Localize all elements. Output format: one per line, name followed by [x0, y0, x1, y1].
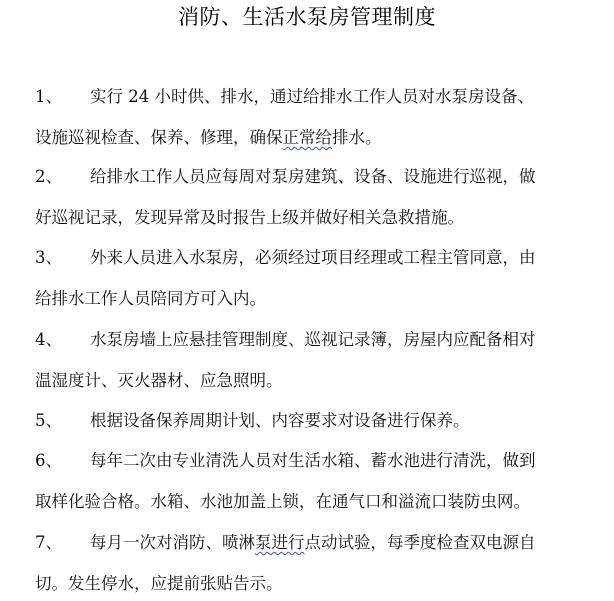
item-1-text-cont: 设施巡视检查、保养、修理，确保 [35, 128, 283, 147]
item-7-text-end: 点动试验，每季度检查双电源自 [305, 533, 536, 552]
item-1-number: 1、 [35, 86, 90, 108]
item-3-line-1: 3、外来人员进入水泵房，必须经过项目经理或工程主管同意，由 [35, 247, 536, 269]
item-2-line-1: 2、给排水工作人员应每周对泵房建筑、设备、设施进行巡视，做 [35, 166, 536, 188]
document-title: 消防、生活水泵房管理制度 [0, 2, 614, 32]
item-3-text: 外来人员进入水泵房，必须经过项目经理或工程主管同意，由 [90, 248, 536, 267]
item-4-number: 4、 [35, 329, 90, 351]
item-1-line-1: 1、实行 24 小时供、排水，通过给排水工作人员对水泵房设备、 [35, 86, 534, 108]
item-3-text-cont: 给排水工作人员陪同方可入内。 [35, 289, 266, 308]
item-1-text: 实行 24 小时供、排水，通过给排水工作人员对水泵房设备、 [90, 87, 534, 106]
item-5-text: 根据设备保养周期计划、内容要求对设备进行保养。 [90, 411, 470, 430]
item-6-line-2: 取样化验合格。水箱、水池加盖上锁，在通气口和溢流口装防虫网。 [35, 491, 530, 513]
item-6-text: 每年二次由专业清洗人员对生活水箱、蓄水池进行清洗，做到 [90, 451, 536, 470]
item-7-text: 每月一次对消防、喷淋 [90, 533, 255, 552]
spellcheck-mark[interactable]: 正常给 [283, 128, 333, 147]
item-6-text-cont: 取样化验合格。水箱、水池加盖上锁，在通气口和溢流口装防虫网。 [35, 492, 530, 511]
item-4-line-2: 温湿度计、灭火器材、应急照明。 [35, 370, 283, 392]
item-6-line-1: 6、每年二次由专业清洗人员对生活水箱、蓄水池进行清洗，做到 [35, 450, 536, 472]
item-7-line-1: 7、每月一次对消防、喷淋泵进行点动试验，每季度检查双电源自 [35, 532, 536, 554]
item-7-number: 7、 [35, 532, 90, 554]
spellcheck-mark[interactable]: 泵进行 [255, 533, 305, 552]
item-3-number: 3、 [35, 247, 90, 269]
item-5-line-1: 5、根据设备保养周期计划、内容要求对设备进行保养。 [35, 410, 470, 432]
item-5-number: 5、 [35, 410, 90, 432]
item-1-text-end: 排水。 [332, 128, 382, 147]
item-2-line-2: 好巡视记录，发现异常及时报告上级并做好相关急救措施。 [35, 207, 464, 229]
item-2-number: 2、 [35, 166, 90, 188]
item-2-text: 给排水工作人员应每周对泵房建筑、设备、设施进行巡视，做 [90, 167, 536, 186]
item-4-line-1: 4、水泵房墙上应悬挂管理制度、巡视记录簿，房屋内应配备相对 [35, 329, 536, 351]
item-2-text-cont: 好巡视记录，发现异常及时报告上级并做好相关急救措施。 [35, 208, 464, 227]
item-3-line-2: 给排水工作人员陪同方可入内。 [35, 288, 266, 310]
item-7-line-2: 切。发生停水，应提前张贴告示。 [35, 573, 283, 595]
item-7-text-cont: 切。发生停水，应提前张贴告示。 [35, 574, 283, 593]
item-4-text-cont: 温湿度计、灭火器材、应急照明。 [35, 371, 283, 390]
item-6-number: 6、 [35, 450, 90, 472]
item-4-text: 水泵房墙上应悬挂管理制度、巡视记录簿，房屋内应配备相对 [90, 330, 536, 349]
item-1-line-2: 设施巡视检查、保养、修理，确保正常给排水。 [35, 127, 382, 149]
